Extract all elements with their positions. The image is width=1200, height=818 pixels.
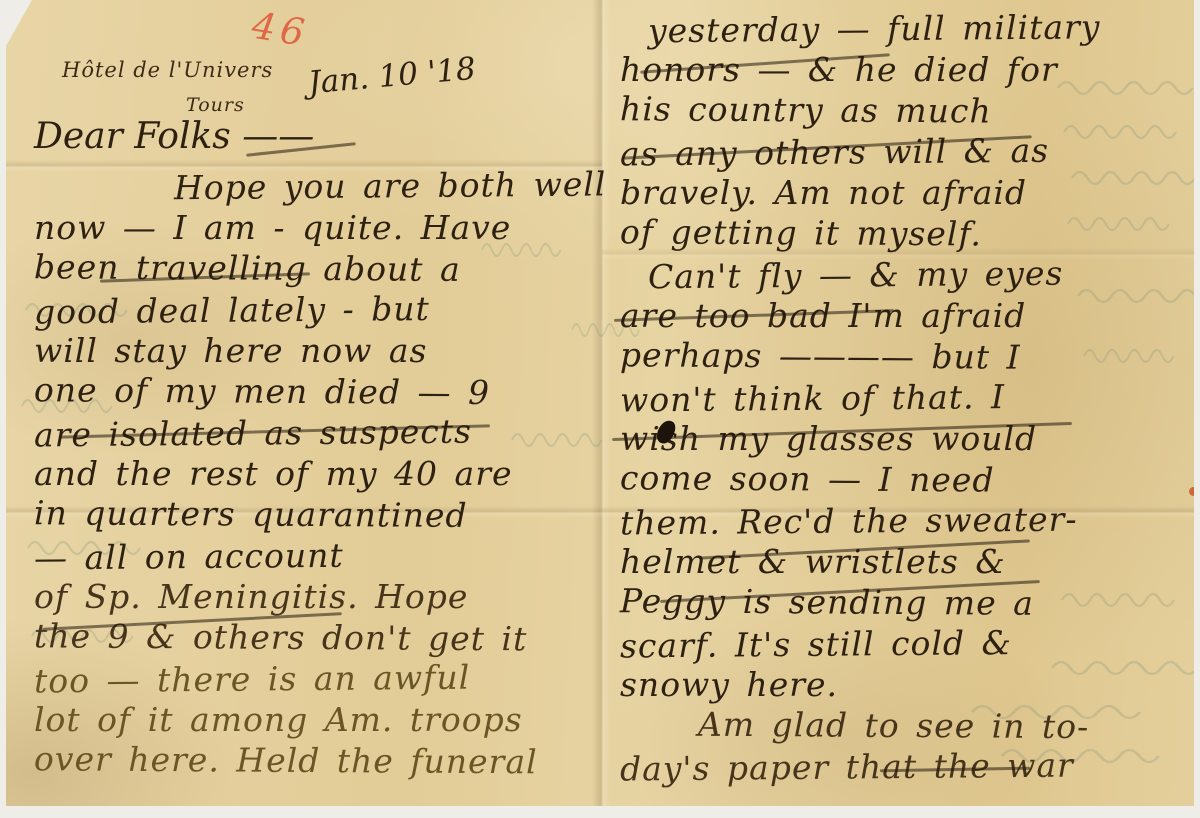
letter-line: come soon — I need [620, 457, 1196, 502]
letter-line: won't think of that. I [620, 374, 1196, 420]
letter-line: them. Rec'd the sweater- [620, 497, 1196, 543]
letterhead-city: Tours [186, 94, 245, 116]
letter-line: yesterday — full military [620, 5, 1196, 51]
letter-line: over here. Held the funeral [34, 738, 596, 782]
letter-line: the 9 & others don't get it [34, 615, 596, 659]
letter-line: will stay here now as [34, 330, 596, 371]
letter-line: are isolated as suspects [34, 410, 596, 456]
letter-line: Can't fly — & my eyes [620, 251, 1196, 297]
letter-line: too — there is an awful [34, 656, 596, 702]
letter-scan: { "document": { "archival_page_number": … [0, 0, 1200, 818]
letter-line: snowy here. [620, 664, 1196, 705]
letter-line: honors — & he died for [620, 49, 1196, 90]
paper-sheet: Hôtel de l'Univers Tours 46 Jan. 10 '18 … [6, 0, 1194, 806]
letter-line: wish my glasses would [620, 418, 1196, 459]
left-page: Hope you are both well now — I am - quit… [34, 166, 596, 781]
letterhead-hotel-name: Hôtel de l'Univers [62, 58, 273, 82]
letter-line: now — I am - quite. Have [34, 207, 596, 248]
letter-line: Hope you are both well [34, 164, 596, 210]
letter-line: Am glad to see in to- [620, 703, 1196, 748]
letter-line: and the rest of my 40 are [34, 453, 596, 494]
letter-line: his country as much [620, 88, 1196, 133]
letter-line: — all on account [34, 533, 596, 579]
letter-line: been travelling about a [34, 246, 596, 290]
letter-line: good deal lately - but [34, 287, 596, 333]
letter-line: day's paper that the war [620, 743, 1196, 789]
letter-line: of getting it myself. [620, 211, 1196, 256]
archival-page-number: 46 [249, 4, 312, 55]
letter-line: scarf. It's still cold & [620, 620, 1196, 666]
letter-line: of Sp. Meningitis. Hope [34, 576, 596, 617]
right-page: yesterday — full military honors — & he … [620, 8, 1196, 787]
letter-date: Jan. 10 '18 [307, 51, 477, 101]
letter-line: in quarters quarantined [34, 492, 596, 536]
letter-line: perhaps ———— but I [620, 334, 1196, 379]
letter-line: lot of it among Am. troops [34, 699, 596, 740]
letter-line: bravely. Am not afraid [620, 172, 1196, 213]
paper-stain [1189, 487, 1198, 496]
letter-line: one of my men died — 9 [34, 369, 596, 413]
